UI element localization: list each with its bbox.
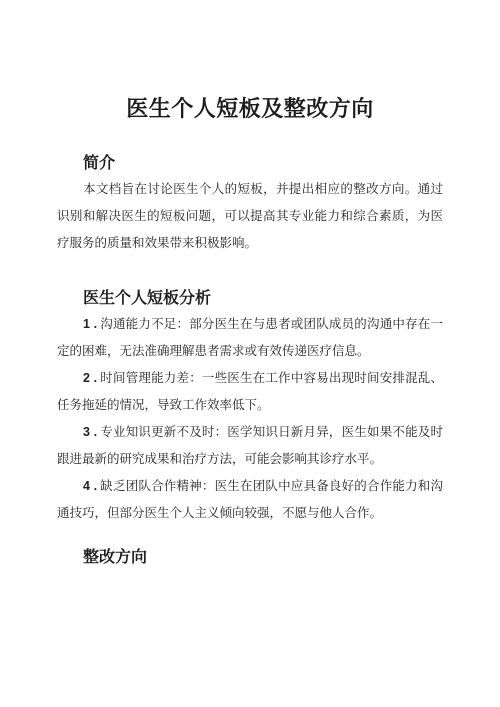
document-content: 医生个人短板及整改方向 简介 本文档旨在讨论医生个人的短板，并提出相应的整改方向… bbox=[0, 94, 500, 569]
list-item-line: 跟进最新的研究成果和治疗方法，可能会影响其诊疗水平。 bbox=[57, 446, 443, 473]
document-page: 医生个人短板及整改方向 简介 本文档旨在讨论医生个人的短板，并提出相应的整改方向… bbox=[0, 0, 500, 707]
section-heading-analysis: 医生个人短板分析 bbox=[83, 288, 443, 310]
list-item-line: 4 .缺乏团队合作精神：医生在团队中应具备良好的合作能力和沟 bbox=[57, 473, 443, 500]
paragraph-line: 本文档旨在讨论医生个人的短板，并提出相应的整改方向。通过 bbox=[57, 176, 443, 203]
list-item-line: 定的困难，无法准确理解患者需求或有效传递医疗信息。 bbox=[57, 338, 443, 365]
section-heading-intro: 简介 bbox=[83, 153, 443, 175]
document-title: 医生个人短板及整改方向 bbox=[57, 94, 443, 124]
list-item-number: 1 . bbox=[83, 317, 97, 331]
list-item-number: 4 . bbox=[83, 479, 97, 493]
list-item: 3 .专业知识更新不及时：医学知识日新月异，医生如果不能及时 跟进最新的研究成果… bbox=[57, 419, 443, 473]
list-item-text: 沟通能力不足：部分医生在与患者或团队成员的沟通中存在一 bbox=[100, 317, 443, 331]
analysis-list: 1 .沟通能力不足：部分医生在与患者或团队成员的沟通中存在一 定的困难，无法准确… bbox=[57, 311, 443, 527]
section-heading-direction: 整改方向 bbox=[83, 547, 443, 569]
list-item-line: 3 .专业知识更新不及时：医学知识日新月异，医生如果不能及时 bbox=[57, 419, 443, 446]
list-item-number: 2 . bbox=[83, 371, 97, 385]
list-item: 4 .缺乏团队合作精神：医生在团队中应具备良好的合作能力和沟 通技巧，但部分医生… bbox=[57, 473, 443, 527]
list-item-line: 任务拖延的情况，导致工作效率低下。 bbox=[57, 392, 443, 419]
list-item-text: 缺乏团队合作精神：医生在团队中应具备良好的合作能力和沟 bbox=[100, 479, 443, 493]
list-item-text: 专业知识更新不及时：医学知识日新月异，医生如果不能及时 bbox=[100, 425, 443, 439]
list-item-line: 通技巧，但部分医生个人主义倾向较强，不愿与他人合作。 bbox=[57, 500, 443, 527]
list-item-line: 2 .时间管理能力差：一些医生在工作中容易出现时间安排混乱、 bbox=[57, 365, 443, 392]
list-item: 2 .时间管理能力差：一些医生在工作中容易出现时间安排混乱、 任务拖延的情况，导… bbox=[57, 365, 443, 419]
list-item-number: 3 . bbox=[83, 425, 97, 439]
list-item-text: 时间管理能力差：一些医生在工作中容易出现时间安排混乱、 bbox=[100, 371, 443, 385]
intro-paragraph: 本文档旨在讨论医生个人的短板，并提出相应的整改方向。通过 识别和解决医生的短板问… bbox=[57, 176, 443, 257]
list-item: 1 .沟通能力不足：部分医生在与患者或团队成员的沟通中存在一 定的困难，无法准确… bbox=[57, 311, 443, 365]
list-item-line: 1 .沟通能力不足：部分医生在与患者或团队成员的沟通中存在一 bbox=[57, 311, 443, 338]
paragraph-line: 识别和解决医生的短板问题，可以提高其专业能力和综合素质，为医 bbox=[57, 203, 443, 230]
paragraph-line: 疗服务的质量和效果带来积极影响。 bbox=[57, 230, 443, 257]
